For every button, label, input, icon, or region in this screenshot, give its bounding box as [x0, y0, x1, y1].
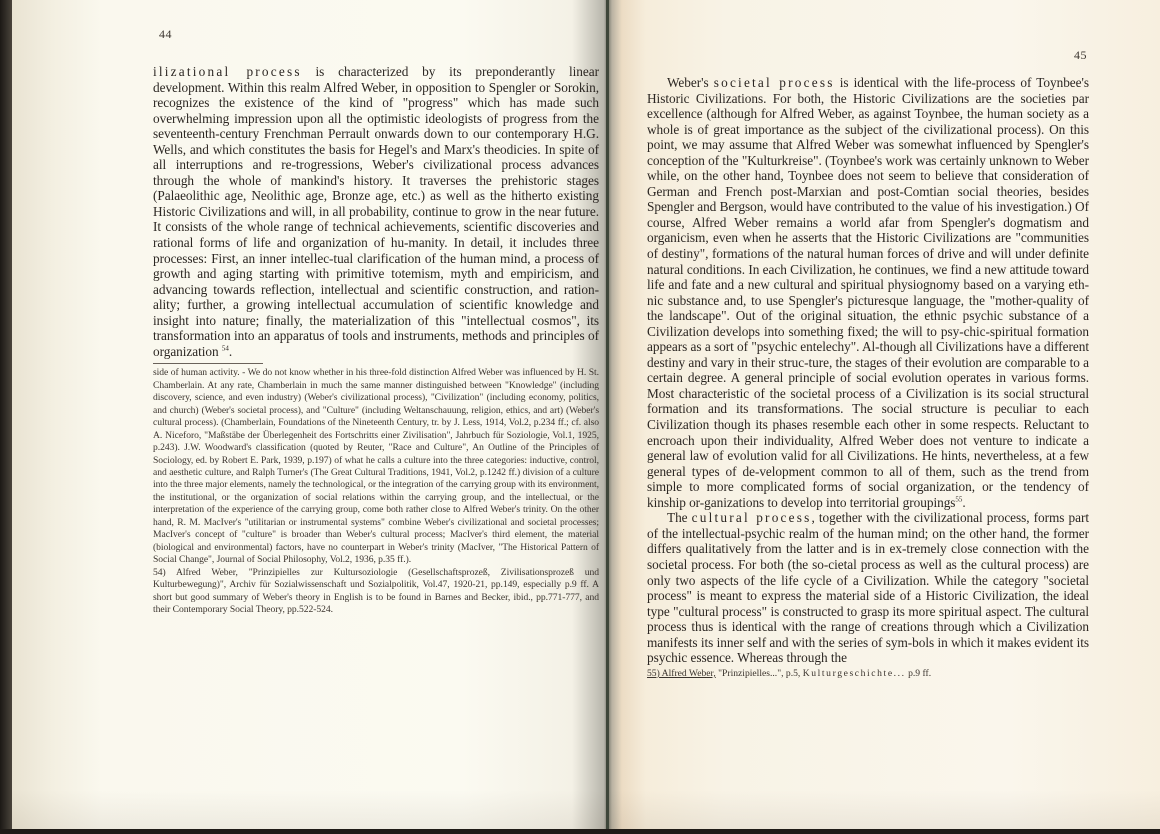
footnote-rule: [153, 363, 263, 364]
paragraph: ilizational process is characterized by …: [153, 64, 599, 359]
footnote-marker: 55) Alfred Weber,: [647, 668, 716, 679]
spaced-term: societal process: [714, 75, 835, 90]
spaced-term: cultural process: [692, 510, 812, 525]
spaced-term: ilizational process: [153, 64, 302, 79]
book-bottom-edge: [0, 829, 1160, 834]
paragraph-tail: .: [962, 495, 965, 510]
page-shadow: [606, 790, 1160, 830]
footnote-54: 54) Alfred Weber, "Prinzipielles zur Kul…: [153, 567, 599, 617]
paragraph-text: , together with the civilizational proce…: [647, 510, 1089, 665]
book-spread: 44 ilizational process is characterized …: [0, 0, 1160, 834]
paragraph: Weber's societal process is identical wi…: [647, 75, 1089, 510]
page-left-body: ilizational process is characterized by …: [153, 64, 599, 616]
page-number-right: 45: [1074, 48, 1087, 63]
footnote-text: "Prinzipielles...", p.5,: [716, 668, 803, 679]
book-gutter: [606, 0, 609, 834]
footnote-55: 55) Alfred Weber, "Prinzipielles...", p.…: [647, 668, 1089, 680]
page-shadow: [12, 790, 608, 830]
page-right-body: Weber's societal process is identical wi…: [647, 75, 1089, 689]
page-number-left: 44: [159, 27, 172, 42]
footnote-ref[interactable]: 54: [222, 344, 229, 352]
paragraph-text: is characterized by its preponderantly l…: [153, 64, 599, 359]
book-edge: [0, 0, 12, 834]
paragraph-lead: The: [667, 510, 692, 525]
paragraph: The cultural process, together with the …: [647, 510, 1089, 665]
footnotes: side of human activity. - We do not know…: [153, 367, 599, 616]
footnote-tail: p.9 ff.: [906, 668, 931, 679]
paragraph-text: is identical with the life-process of To…: [647, 75, 1089, 510]
paragraph-lead: Weber's: [667, 75, 714, 90]
spaced-term: Kulturgeschichte...: [803, 668, 906, 679]
footnote-53-continued: side of human activity. - We do not know…: [153, 367, 599, 566]
